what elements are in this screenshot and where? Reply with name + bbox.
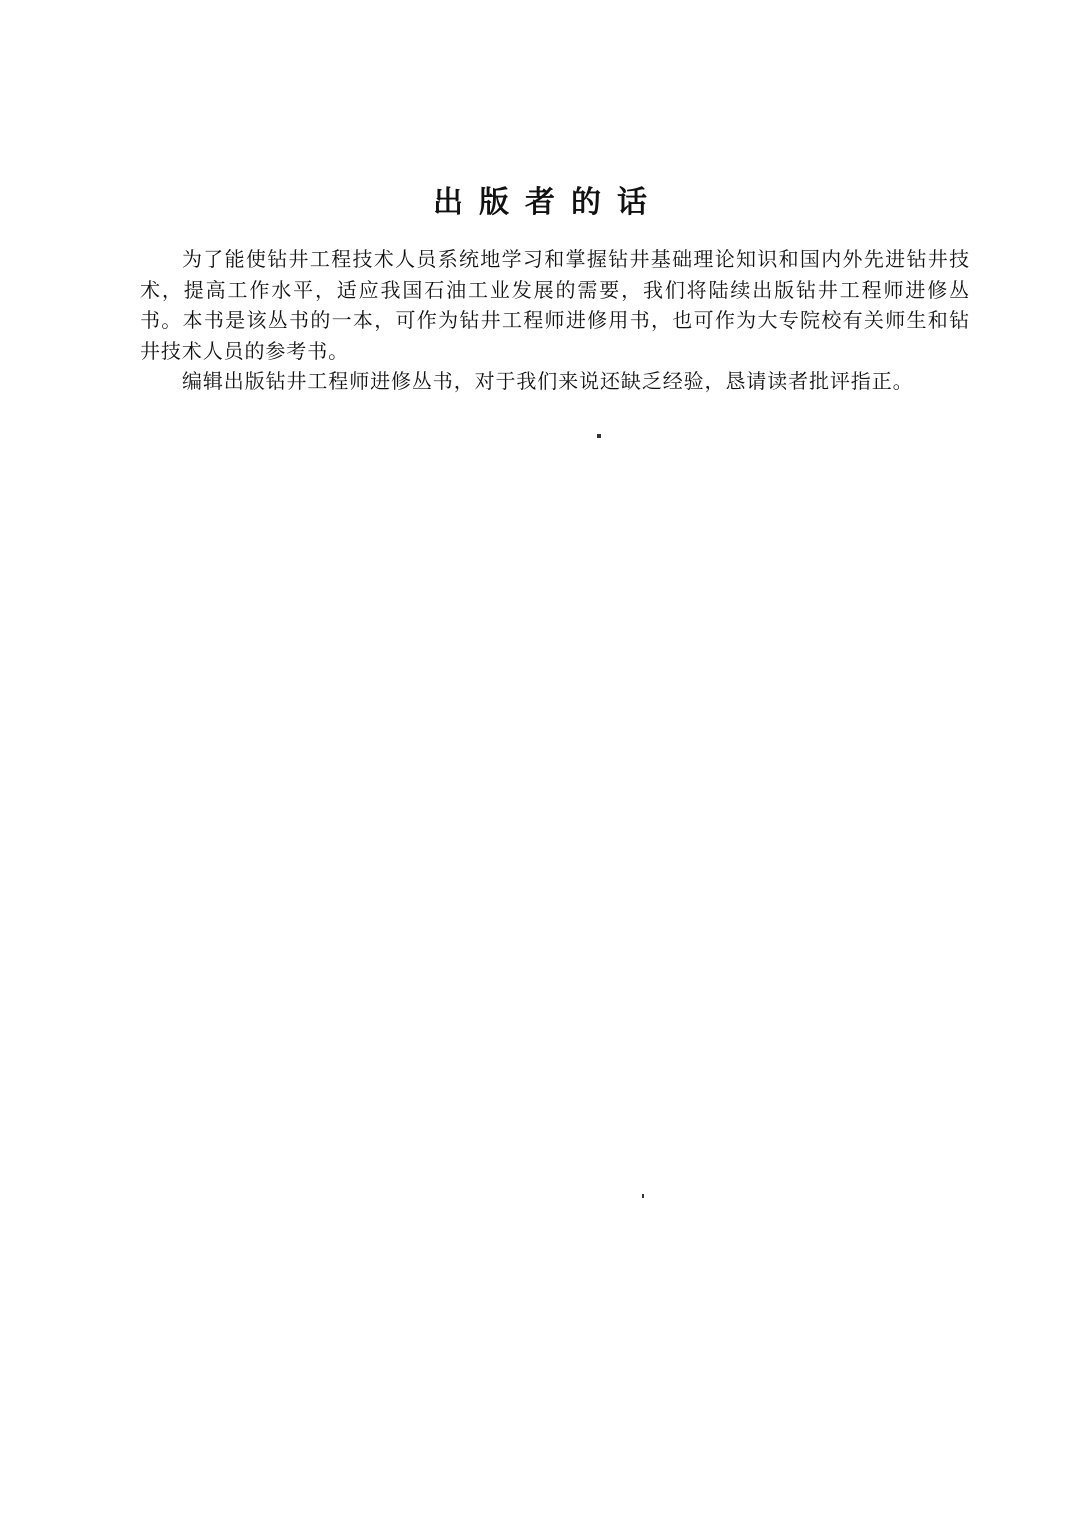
scan-speck: [597, 434, 601, 438]
document-page: 出版者的话 为了能使钻井工程技术人员系统地学习和掌握钻井基础理论知识和国内外先进…: [0, 0, 1080, 1527]
scan-speck: [642, 1194, 644, 1198]
page-title: 出版者的话: [0, 183, 1080, 223]
paragraph-closing: 编辑出版钻井工程师进修丛书，对于我们来说还缺乏经验，恳请读者批评指正。: [140, 366, 970, 397]
body-text: 为了能使钻井工程技术人员系统地学习和掌握钻井基础理论知识和国内外先进钻井技术，提…: [140, 244, 970, 397]
paragraph-intro: 为了能使钻井工程技术人员系统地学习和掌握钻井基础理论知识和国内外先进钻井技术，提…: [140, 244, 970, 366]
